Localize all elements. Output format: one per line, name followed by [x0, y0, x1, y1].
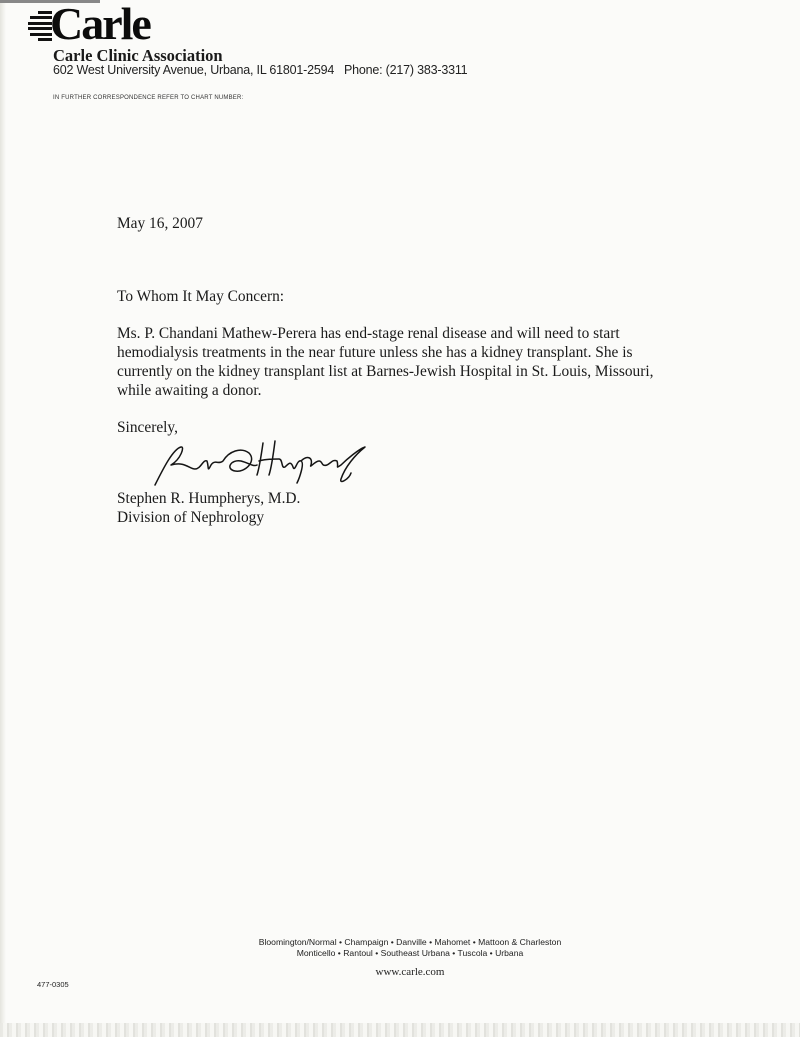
footer-website: www.carle.com: [220, 966, 600, 978]
phone-number: (217) 383-3311: [386, 63, 468, 77]
organization-address: 602 West University Avenue, Urbana, IL 6…: [53, 63, 467, 77]
closing: Sincerely,: [117, 418, 717, 437]
carle-logo: Carle: [28, 2, 150, 46]
form-number: 477-0305: [37, 980, 69, 989]
street-address: 602 West University Avenue, Urbana, IL 6…: [53, 63, 334, 77]
logo-lines-icon: [28, 11, 52, 41]
letter-body: May 16, 2007 To Whom It May Concern: Ms.…: [117, 214, 717, 527]
signer-division: Division of Nephrology: [117, 508, 717, 527]
body-paragraph: Ms. P. Chandani Mathew-Perera has end-st…: [117, 324, 687, 400]
letter-date: May 16, 2007: [117, 214, 717, 233]
phone-label: Phone:: [344, 63, 382, 77]
signature-icon: [145, 439, 375, 489]
logo-wordmark: Carle: [50, 2, 150, 46]
footer-locations: Bloomington/Normal • Champaign • Danvill…: [220, 937, 600, 959]
signer-name: Stephen R. Humpherys, M.D.: [117, 489, 717, 508]
scan-edge-left: [0, 0, 6, 1037]
chart-reference-note: IN FURTHER CORRESPONDENCE REFER TO CHART…: [53, 95, 243, 101]
salutation: To Whom It May Concern:: [117, 287, 717, 306]
locations-line-2: Monticello • Rantoul • Southeast Urbana …: [220, 948, 600, 959]
locations-line-1: Bloomington/Normal • Champaign • Danvill…: [220, 937, 600, 948]
scan-edge-bottom: [0, 1023, 800, 1037]
